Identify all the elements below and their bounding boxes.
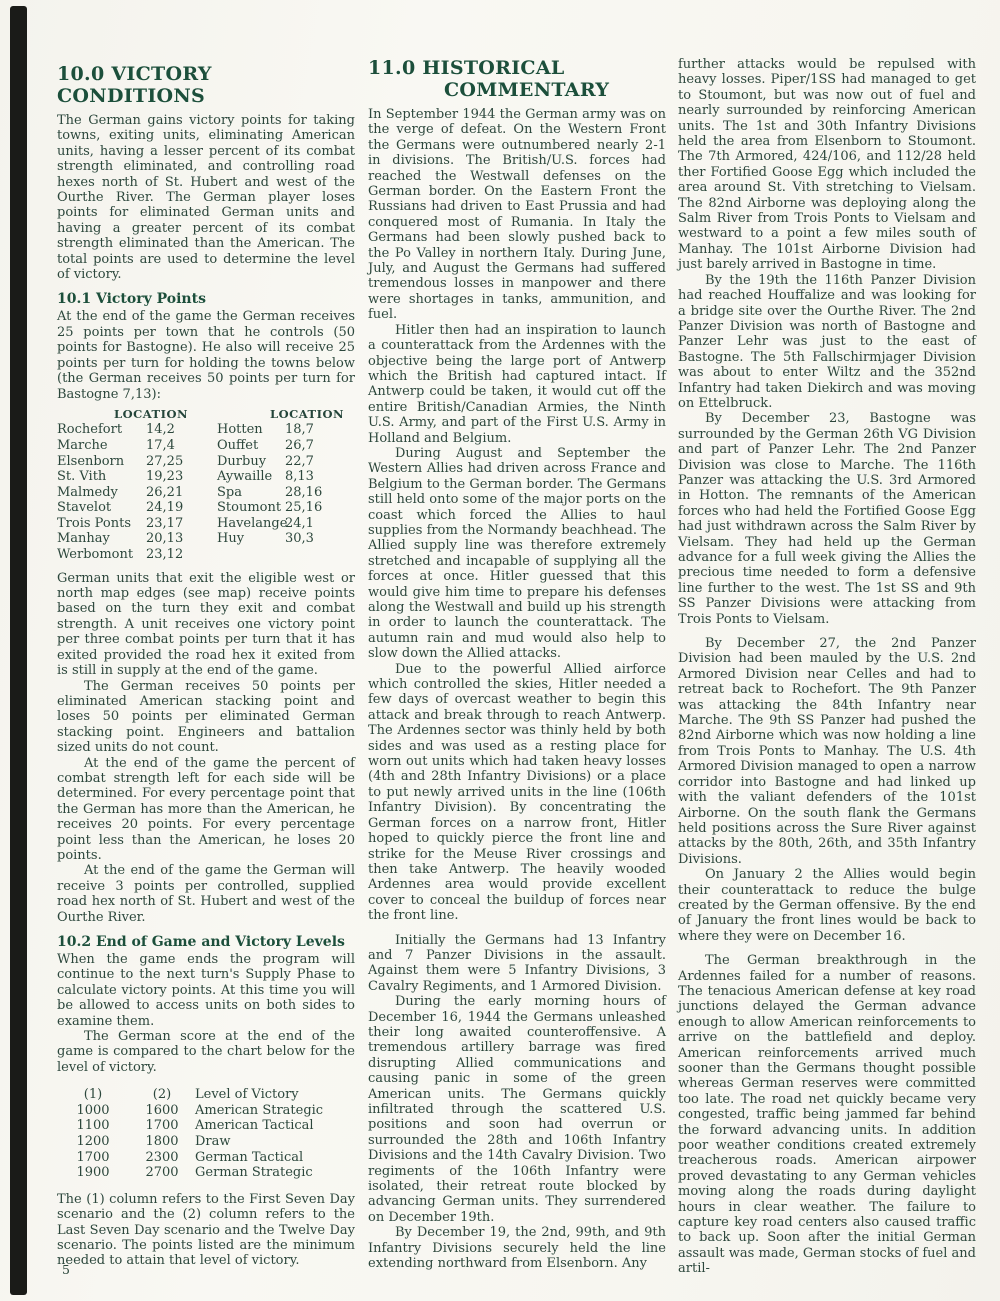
town-coordinates: 30,3 xyxy=(285,531,314,547)
table-row: Manhay20,13 xyxy=(57,531,217,547)
points-scenario-1: 1900 xyxy=(57,1165,129,1181)
town-coordinates: 26,7 xyxy=(285,438,314,454)
paragraph: German units that exit the eligible west… xyxy=(57,571,355,679)
town-coordinates: 23,17 xyxy=(146,516,183,532)
column-victory-conditions: 10.0 VICTORY CONDITIONSThe German gains … xyxy=(57,63,355,1269)
victory-level: Draw xyxy=(195,1134,355,1150)
paragraph: By December 23, Bastogne was surrounded … xyxy=(678,411,976,627)
town-name: Havelange xyxy=(217,516,285,532)
table-row: Malmedy26,21 xyxy=(57,485,217,501)
locations-column-header: LOCATION xyxy=(217,407,355,422)
column-header-1: (1) xyxy=(57,1087,129,1103)
town-name: Ouffet xyxy=(217,438,285,454)
points-scenario-2: 2300 xyxy=(129,1150,195,1166)
paragraph: During the early morning hours of Decemb… xyxy=(368,994,666,1225)
table-row: Hotten18,7 xyxy=(217,422,355,438)
points-scenario-1: 1700 xyxy=(57,1150,129,1166)
page-edge-scan-bar xyxy=(10,6,27,1295)
paragraph: At the end of the game the German receiv… xyxy=(57,309,355,401)
town-coordinates: 28,16 xyxy=(285,485,322,501)
points-scenario-2: 2700 xyxy=(129,1165,195,1181)
table-row: Huy30,3 xyxy=(217,531,355,547)
town-coordinates: 19,23 xyxy=(146,469,183,485)
town-name: Marche xyxy=(57,438,146,454)
points-scenario-1: 1000 xyxy=(57,1103,129,1119)
town-name: Malmedy xyxy=(57,485,146,501)
section-heading-line: 10.0 VICTORY CONDITIONS xyxy=(57,63,355,107)
town-name: Huy xyxy=(217,531,285,547)
points-scenario-1: 1200 xyxy=(57,1134,129,1150)
table-row: 17002300German Tactical xyxy=(57,1150,355,1166)
paragraph: At the end of the game the percent of co… xyxy=(57,756,355,864)
table-row: Stavelot24,19 xyxy=(57,500,217,516)
town-coordinates: 23,12 xyxy=(146,547,183,563)
table-row: Spa28,16 xyxy=(217,485,355,501)
victory-level: German Strategic xyxy=(195,1165,355,1181)
town-coordinates: 24,19 xyxy=(146,500,183,516)
town-name: Hotten xyxy=(217,422,285,438)
points-scenario-1: 1100 xyxy=(57,1118,129,1134)
table-row: Stoumont25,16 xyxy=(217,500,355,516)
town-name: Stavelot xyxy=(57,500,146,516)
table-row: Durbuy22,7 xyxy=(217,454,355,470)
points-scenario-2: 1600 xyxy=(129,1103,195,1119)
town-name: Aywaille xyxy=(217,469,285,485)
town-name: Werbomont xyxy=(57,547,146,563)
paragraph: By December 19, the 2nd, 99th, and 9th I… xyxy=(368,1225,666,1271)
subsection-heading: 10.2 End of Game and Victory Levels xyxy=(57,934,355,950)
town-name: Durbuy xyxy=(217,454,285,470)
town-name: St. Vith xyxy=(57,469,146,485)
town-name: Rochefort xyxy=(57,422,146,438)
table-row: Elsenborn27,25 xyxy=(57,454,217,470)
table-row: Trois Ponts23,17 xyxy=(57,516,217,532)
section-heading-line: 11.0 HISTORICAL xyxy=(368,57,666,79)
table-row: Rochefort14,2 xyxy=(57,422,217,438)
town-name: Elsenborn xyxy=(57,454,146,470)
rulebook-page: 10.0 VICTORY CONDITIONSThe German gains … xyxy=(0,0,1000,1301)
locations-group: LOCATIONHotten18,7Ouffet26,7Durbuy22,7Ay… xyxy=(217,407,355,563)
paragraph: When the game ends the program will cont… xyxy=(57,952,355,1029)
paragraph: Hitler then had an inspiration to launch… xyxy=(368,323,666,446)
town-coordinates: 17,4 xyxy=(146,438,175,454)
column-header-2: (2) xyxy=(129,1087,195,1103)
table-row: Marche17,4 xyxy=(57,438,217,454)
points-scenario-2: 1800 xyxy=(129,1134,195,1150)
locations-table: LOCATIONRochefort14,2Marche17,4Elsenborn… xyxy=(57,407,355,563)
table-row: Aywaille8,13 xyxy=(217,469,355,485)
page-number: 5 xyxy=(62,1262,70,1277)
town-coordinates: 27,25 xyxy=(146,454,183,470)
town-name: Stoumont xyxy=(217,500,285,516)
table-row: Ouffet26,7 xyxy=(217,438,355,454)
table-row: 12001800Draw xyxy=(57,1134,355,1150)
column-historical-commentary: 11.0 HISTORICALCOMMENTARYIn September 19… xyxy=(368,57,666,1271)
paragraph: On January 2 the Allies would begin thei… xyxy=(678,867,976,944)
victory-level: German Tactical xyxy=(195,1150,355,1166)
paragraph: The German receives 50 points per elimin… xyxy=(57,679,355,756)
table-row: Havelange24,1 xyxy=(217,516,355,532)
town-coordinates: 22,7 xyxy=(285,454,314,470)
table-header-row: (1)(2)Level of Victory xyxy=(57,1087,355,1103)
town-name: Manhay xyxy=(57,531,146,547)
town-coordinates: 18,7 xyxy=(285,422,314,438)
town-coordinates: 25,16 xyxy=(285,500,322,516)
victory-levels-table: (1)(2)Level of Victory10001600American S… xyxy=(57,1087,355,1181)
table-row: 11001700American Tactical xyxy=(57,1118,355,1134)
paragraph: By December 27, the 2nd Panzer Division … xyxy=(678,636,976,867)
locations-group: LOCATIONRochefort14,2Marche17,4Elsenborn… xyxy=(57,407,217,563)
table-row: St. Vith19,23 xyxy=(57,469,217,485)
paragraph: In September 1944 the German army was on… xyxy=(368,107,666,323)
table-row: Werbomont23,12 xyxy=(57,547,217,563)
points-scenario-2: 1700 xyxy=(129,1118,195,1134)
town-coordinates: 14,2 xyxy=(146,422,175,438)
column-commentary-continued: further attacks would be repulsed with h… xyxy=(678,57,976,1277)
paragraph: Initially the Germans had 13 Infantry an… xyxy=(368,933,666,995)
town-coordinates: 26,21 xyxy=(146,485,183,501)
paragraph: The German gains victory points for taki… xyxy=(57,113,355,282)
paragraph: further attacks would be repulsed with h… xyxy=(678,57,976,273)
paragraph: During August and September the Western … xyxy=(368,446,666,662)
table-row: 10001600American Strategic xyxy=(57,1103,355,1119)
paragraph: The (1) column refers to the First Seven… xyxy=(57,1192,355,1269)
column-header-level: Level of Victory xyxy=(195,1087,355,1103)
paragraph: Due to the powerful Allied airforce whic… xyxy=(368,662,666,924)
town-coordinates: 24,1 xyxy=(285,516,314,532)
section-heading: 11.0 HISTORICALCOMMENTARY xyxy=(368,57,666,101)
town-coordinates: 20,13 xyxy=(146,531,183,547)
town-name: Spa xyxy=(217,485,285,501)
paragraph: At the end of the game the German will r… xyxy=(57,863,355,925)
town-coordinates: 8,13 xyxy=(285,469,314,485)
town-name: Trois Ponts xyxy=(57,516,146,532)
paragraph: By the 19th the 116th Panzer Division ha… xyxy=(678,273,976,412)
victory-level: American Strategic xyxy=(195,1103,355,1119)
subsection-heading: 10.1 Victory Points xyxy=(57,291,355,307)
section-heading: 10.0 VICTORY CONDITIONS xyxy=(57,63,355,107)
table-row: 19002700German Strategic xyxy=(57,1165,355,1181)
locations-column-header: LOCATION xyxy=(57,407,217,422)
paragraph: The German score at the end of the game … xyxy=(57,1029,355,1075)
section-heading-line: COMMENTARY xyxy=(444,79,666,101)
paragraph: The German breakthrough in the Ardennes … xyxy=(678,953,976,1277)
victory-level: American Tactical xyxy=(195,1118,355,1134)
